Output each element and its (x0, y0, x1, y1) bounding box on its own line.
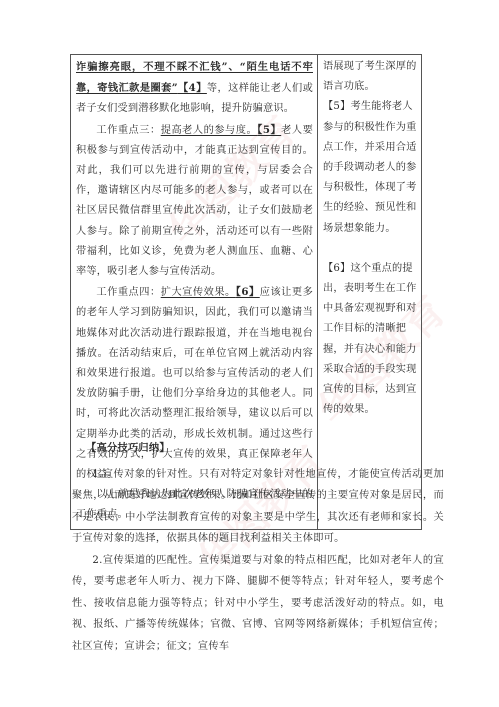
tip-item-1: 1.宣传对象的针对性。只有对特定对象针对性地宣传，才能使宣传活动更加聚焦，从而更… (72, 464, 444, 550)
tips-title: 【高分技巧归纳】 (86, 438, 444, 460)
annotation-note-0: 语展现了考生深厚的语言功底。 (323, 57, 417, 97)
annotation-marker-4: 【4】 (178, 82, 207, 94)
annotation-marker-6: 【6】 (236, 286, 260, 298)
annotation-note-5: 【5】考生能将老人参与的积极性作为重点工作，并采用合适的手段调动老人的参与积极性… (323, 97, 417, 238)
tips-section: 【高分技巧归纳】 1.宣传对象的针对性。只有对特定对象针对性地宣传，才能使宣传活… (72, 438, 444, 657)
point-heading: 提高老人的参与度。 (161, 125, 257, 136)
answer-paragraph-2: 工作重点三：提高老人的参与度。【5】老人要积极参与到宣传活动中，才能真正达到宣传… (76, 120, 313, 283)
tip-item-2: 2.宣传渠道的匹配性。宣传渠道要与对象的特点相匹配，比如对老年人的宣传，要考虑老… (72, 550, 444, 658)
annotation-note-6: 【6】这个重点的提出，表明考生在工作中具备宏观视野和对工作目标的清晰把握，并有决… (323, 259, 417, 421)
annotation-marker-5: 【5】 (257, 124, 281, 136)
point-lead: 工作重点三： (96, 125, 160, 136)
document-page: 华图教育 华图教育 华图教育 诈骗擦亮眼，不理不睬不汇钱”、“陌生电话不牢靠，寄… (0, 0, 499, 707)
point-heading: 扩大宣传效果。 (161, 287, 236, 298)
point-lead: 工作重点四： (96, 287, 160, 298)
answer-paragraph-1: 诈骗擦亮眼，不理不睬不汇钱”、“陌生电话不牢靠，寄钱汇款是圈套”【4】等，这样能… (76, 57, 313, 120)
paragraph-text: 老人要积极参与到宣传活动中，才能真正达到宣传目的。对此，我们可以先进行前期的宣传… (76, 125, 313, 277)
